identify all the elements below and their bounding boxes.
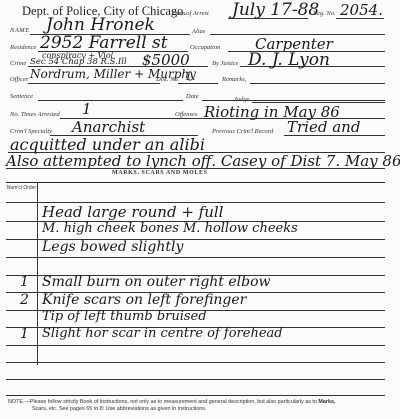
footer-note-line1: NOTE.—Please follow strictly Book of Ins… bbox=[8, 399, 336, 405]
mark-entry: Legs bowed slightly bbox=[42, 239, 183, 255]
officer-label: Officer bbox=[10, 76, 28, 83]
by-justice-label: By Justice bbox=[212, 60, 239, 67]
occupation-label: Occupation bbox=[190, 44, 220, 51]
crime-label: Crime bbox=[10, 60, 26, 67]
mark-entry: Tip of left thumb bruised bbox=[42, 309, 207, 324]
mark-number: 1 bbox=[20, 326, 29, 342]
footer-note-prefix: NOTE. bbox=[8, 399, 24, 405]
date-of-arrest-line bbox=[228, 18, 308, 19]
offenses-label: Offenses bbox=[175, 111, 197, 118]
mark-entry: Slight hor scar in centre of forehead bbox=[42, 326, 283, 341]
name-value: John Hronek bbox=[46, 15, 155, 35]
previous-record-label: Previous Crim'l Record bbox=[212, 128, 273, 135]
footer-note-bold: Marks, bbox=[318, 399, 335, 405]
marks-row-line bbox=[6, 362, 385, 363]
footer-note-line2: Scars, etc. See pages 65 to 8: Use abbre… bbox=[32, 406, 206, 412]
marks-table-top bbox=[6, 182, 385, 183]
previous-record-value: Tried and bbox=[287, 118, 360, 136]
mark-entry: Small burn on outer right elbow bbox=[42, 274, 271, 290]
name-label: NAME bbox=[10, 27, 30, 34]
marks-column-divider bbox=[37, 182, 38, 365]
dist-no-line bbox=[178, 83, 218, 84]
remarks-label: Remarks, bbox=[222, 76, 246, 83]
alias-label: Alias bbox=[192, 28, 205, 35]
date-line bbox=[202, 100, 385, 101]
mark-number: 2 bbox=[20, 292, 29, 308]
reg-no-value: 2054. bbox=[340, 1, 383, 19]
sentence-line bbox=[38, 100, 183, 101]
times-arrested-value: 1 bbox=[82, 100, 92, 118]
specialty-label: Crim'l Specialty bbox=[10, 128, 52, 135]
marks-section-title: MARKS, SCARS AND MOLES bbox=[112, 170, 208, 176]
date-of-arrest-label: Date of Arrest bbox=[172, 10, 209, 17]
times-arrested-label: No. Times Arrested bbox=[10, 111, 60, 118]
dist-no-value: 1. bbox=[185, 70, 196, 83]
remarks-line bbox=[250, 83, 385, 84]
previous-record-line bbox=[284, 135, 385, 136]
marks-row-line bbox=[6, 257, 385, 258]
marks-row-line bbox=[6, 379, 385, 380]
dist-no-label: Dist. No. bbox=[156, 76, 179, 83]
by-justice-line bbox=[240, 66, 385, 67]
residence-label: Residence bbox=[10, 44, 36, 51]
mark-entry: Knife scars on left forefinger bbox=[42, 292, 246, 308]
mark-number: 1 bbox=[20, 274, 29, 290]
footer-note-text: —Please follow strictly Book of Instruct… bbox=[24, 399, 316, 405]
mark-entry: M. high cheek bones M. hollow cheeks bbox=[42, 221, 298, 236]
marks-row-line bbox=[6, 345, 385, 346]
marks-row-line bbox=[6, 395, 385, 396]
date-label: Date bbox=[186, 93, 199, 100]
reg-no-label: Reg. No. bbox=[313, 10, 336, 17]
reg-no-line bbox=[336, 18, 384, 19]
specialty-value: Anarchist bbox=[72, 118, 145, 136]
officer-line bbox=[28, 83, 160, 84]
judge-label: Judge bbox=[234, 96, 250, 103]
residence-value: 2952 Farrell st bbox=[40, 33, 168, 53]
mark-entry: Head large round + full bbox=[42, 203, 223, 221]
sentence-label: Sentence bbox=[10, 93, 33, 100]
continuation-rule-2 bbox=[6, 168, 385, 169]
date-of-arrest-value: July 17-88 bbox=[232, 0, 319, 20]
numeric-order-header: Num'cl Order bbox=[6, 185, 37, 191]
by-justice-value: D. J. Lyon bbox=[248, 50, 330, 70]
